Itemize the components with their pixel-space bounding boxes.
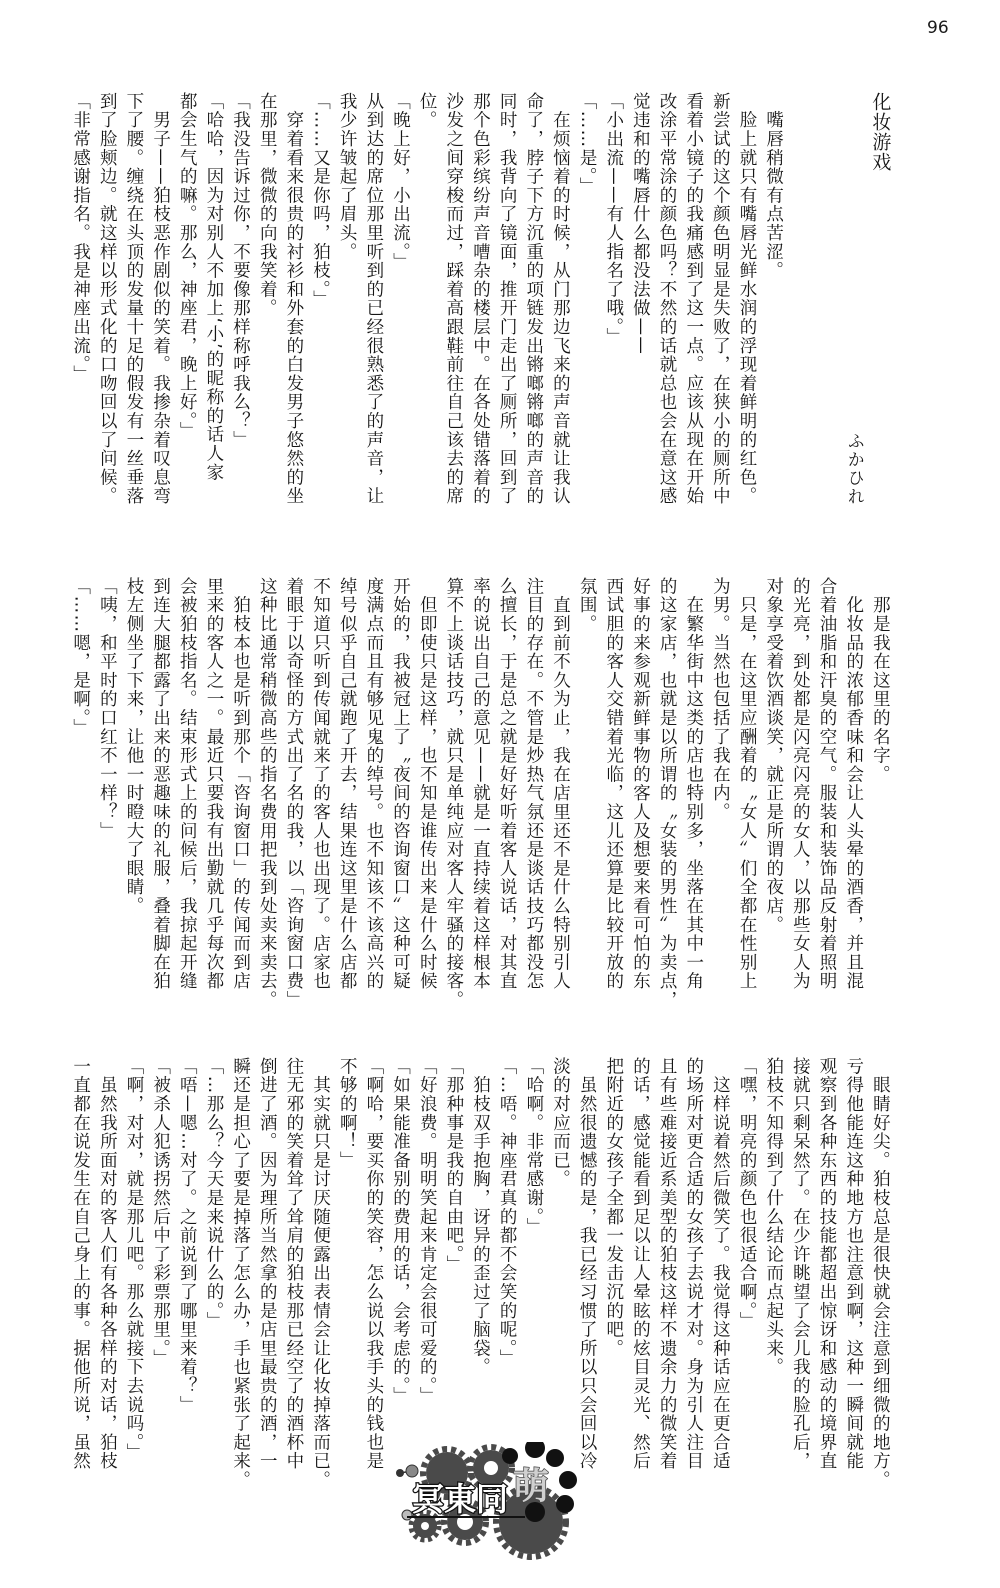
text-column: 着眼于以奇怪的方式出了名的我，以「咨询窗口费」 — [280, 577, 307, 991]
text-column: 里来的客人之一。最近只要我有出勤就几乎每次都 — [200, 577, 227, 991]
text-column: 在那里，微微的向我笑着。 — [254, 92, 281, 506]
text-column: 的这家店，也就是以所谓的〝女装的男性〟为卖点， — [653, 577, 680, 991]
text-column: 到连大腿都露了出来的恶趣味的礼服，叠着脚在狛 — [147, 577, 174, 991]
text-column: 改涂平常涂的颜色吗？不然的话就总也会在意这感 — [653, 92, 680, 506]
text-column: 倒进了酒。因为理所当然拿的是店里最贵的酒，一 — [254, 1057, 281, 1471]
logo-text: 冥東同 — [412, 1480, 508, 1518]
text-column: 看着小镜子的我痛感到了这一点。应该从现在开始 — [680, 92, 707, 506]
text-column: 对象享受着饮酒谈笑，就正是所谓的夜店。 — [760, 577, 787, 991]
text-column: 瞬还是担心了要是掉落了怎么办，手也紧张了起来。 — [227, 1057, 254, 1471]
text-column: 「那种事是我的自由吧。」 — [440, 1057, 467, 1471]
text-column: 狛枝本也是听到那个「咨询窗口」的传闻而到店 — [227, 577, 254, 991]
text-column: 男子——狛枝恶作剧似的笑着。我掺杂着叹息弯 — [147, 92, 174, 506]
text-column: 其实就只是讨厌随便露出表情会让化妆掉落而已。 — [307, 1057, 334, 1471]
text-column: 枝左侧坐了下来，让他一时瞪大了眼睛。 — [120, 577, 147, 991]
text-column: 虽然很遗憾的是，我已经习惯了所以只会回以冷 — [573, 1057, 600, 1471]
text-column: 嘴唇稍微有点苦涩。 — [760, 92, 787, 506]
text-column: 「小出流——有人指名了哦。」 — [600, 92, 627, 506]
text-column: 氛围。 — [573, 577, 600, 991]
watermark-logo: 冥東同 萌 — [385, 1442, 585, 1562]
text-column: 绰号似乎自己就跑了开去，结果连这里是什么店都 — [334, 577, 361, 991]
text-column: 好事的来参观新鲜事物的客人及想要来看可怕的东 — [627, 577, 654, 991]
text-column: 狛枝不知得到了什么结论而点起头来。 — [760, 1057, 787, 1471]
text-column: 「唔—嗯…对了。之前说到了哪里来着？」 — [174, 1057, 201, 1471]
text-column: 在繁华街中这类的店也特别多，坐落在其中一角 — [680, 577, 707, 991]
text-column: 为男。当然也包括了我在内。 — [707, 577, 734, 991]
page-number: 96 — [927, 18, 949, 38]
text-column: 不知道只听到传闻就来了的客人也出现了。店家也 — [307, 577, 334, 991]
text-column: 一直都在说发生在自己身上的事。据他所说，虽然 — [67, 1057, 94, 1471]
text-column: 沙发之间穿梭而过，踩着高跟鞋前往自己该去的席 — [440, 92, 467, 506]
text-column: 的光亮，到处都是闪亮闪亮的女人，以那些女人为 — [787, 577, 814, 991]
text-column: 么擅长，于是总之就是好好听着客人说话，对其直 — [494, 577, 521, 991]
text-column: 「啊，对对，就是那儿吧。那么就接下去说吗。」 — [120, 1057, 147, 1471]
story-title: 化妆游戏 — [867, 92, 894, 506]
text-column: 但即使只是这样，也不知是谁传出来是什么时候 — [414, 577, 441, 991]
text-column: 新尝试的这个颜色明显是失败了，在狭小的厕所中 — [707, 92, 734, 506]
text-column: 率的说出自己的意见——就是一直持续着这样根本 — [467, 577, 494, 991]
text-column: 注目的存在。不管是炒热气氛还是谈话技巧都没怎 — [520, 577, 547, 991]
text-column: 这种比通常稍微高些的指名费用把我到处卖来卖去。 — [254, 577, 281, 991]
text-column: 观察到各种东西的技能都超出惊讶和感动的境界直 — [813, 1057, 840, 1471]
text-column: 「…唔。神座君真的都不会笑的呢。」 — [494, 1057, 521, 1471]
text-column: 算不上谈话技巧，就只是单纯应对客人牢骚的接客。 — [440, 577, 467, 991]
text-column: 的话，感觉能看到足以让人晕眩的炫目灵光、然后 — [627, 1057, 654, 1471]
text-column: 觉违和的嘴唇什么都没法做—— — [627, 92, 654, 506]
text-column: 亏得他能连这种地方也注意到啊，这种一瞬间就能 — [840, 1057, 867, 1471]
text-column: 「我没告诉过你，不要像那样称呼我么？」 — [227, 92, 254, 506]
text-column: 只是，在这里应酬着的〝女人〟们全都在性别上 — [733, 577, 760, 991]
text-column: 脸上就只有嘴唇光鲜水润的浮现着鲜明的红色。 — [733, 92, 760, 506]
text-column: 化妆品的浓郁香味和会让人头晕的酒香，并且混 — [840, 577, 867, 991]
text-column: 「非常感谢指名。我是神座出流。」 — [67, 92, 94, 506]
text-column: 位。 — [413, 92, 440, 506]
text-column: 「嘿，明亮的颜色也很适合啊。」 — [733, 1057, 760, 1471]
text-column: 度满点而且有够见鬼的绰号。也不知该不该高兴的 — [360, 577, 387, 991]
text-column: 「哈啊。非常感谢。」 — [520, 1057, 547, 1471]
text-column: 「……是。」 — [573, 92, 600, 506]
text-column: 都会生气的嘛。那么，神座君，晚上好。」 — [174, 92, 201, 506]
text-column: 开始的，我被冠上了〝夜间的咨询窗口〟这种可疑 — [387, 577, 414, 991]
text-column: 「…那么？今天是来说什么的。」 — [200, 1057, 227, 1471]
text-column: 往无邪的笑着耸了耸肩的狛枝那已经空了的酒杯中 — [280, 1057, 307, 1471]
text-column: 会被狛枝指名。结束形式上的问候后，我掠起开缝 — [174, 577, 201, 991]
text-column: 这样说着然后微笑了。我觉得这种话应在更合适 — [707, 1057, 734, 1471]
text-band-bottom: 眼睛好尖。狛枝总是很快就会注意到细微的地方。 亏得他能连这种地方也注意到啊，这种… — [67, 1057, 893, 1471]
text-column: 那是我在这里的名字。 — [867, 577, 894, 991]
text-band-middle: 那是我在这里的名字。 化妆品的浓郁香味和会让人头晕的酒香，并且混 合着油脂和汗臭… — [67, 577, 893, 991]
text-column: 不够的啊！」 — [334, 1057, 361, 1471]
text-column: 「咦，和平时的口红不一样？」 — [94, 577, 121, 991]
text-column: 眼睛好尖。狛枝总是很快就会注意到细微的地方。 — [867, 1057, 894, 1471]
text-column: 狛枝双手抱胸，讶异的歪过了脑袋。 — [467, 1057, 494, 1471]
text-column: 从到达的席位那里听到的已经很熟悉了的声音，让 — [360, 92, 387, 506]
story-author: ふかひれ — [840, 92, 867, 506]
text-column: 西试胆的客人交错着光临，这儿还算是比较开放的 — [600, 577, 627, 991]
text-column: 合着油脂和汗臭的空气。服装和装饰品反射着照明 — [813, 577, 840, 991]
text-column: 淡的对应而已。 — [547, 1057, 574, 1471]
text-column: 穿着看来很贵的衬衫和外套的白发男子悠然的坐 — [280, 92, 307, 506]
text-column: 「好浪费。明明笑起来肯定会很可爱的。」 — [414, 1057, 441, 1471]
story-header: 化妆游戏 ふかひれ — [840, 92, 893, 506]
text-column: 命了，脖子下方沉重的项链发出锵啷锵啷的声音的 — [520, 92, 547, 506]
text-column: 「晚上好，小出流。」 — [387, 92, 414, 506]
logo-accent-text: 萌 — [513, 1466, 549, 1507]
text-band-top: 嘴唇稍微有点苦涩。 脸上就只有嘴唇光鲜水润的浮现着鲜明的红色。 新尝试的这个颜色… — [67, 92, 787, 506]
book-page: 96 化妆游戏 ふかひれ 嘴唇稍微有点苦涩。 脸上就只有嘴唇光鲜水润的浮现着鲜明… — [0, 0, 1000, 1588]
text-column: 我少许皱起了眉头。 — [334, 92, 361, 506]
text-column: 下了腰。缠绕在头顶的发量十足的假发有一丝垂落 — [120, 92, 147, 506]
text-column: 「啊哈，要买你的笑容，怎么说以我手头的钱也是 — [360, 1057, 387, 1471]
text-column: 「被杀人犯诱拐然后中了彩票那里。」 — [147, 1057, 174, 1471]
text-column: 同时，我背向了镜面，推开门走出了厕所，回到了 — [493, 92, 520, 506]
text-column: 「哈哈，因为对别人不加上‘小’的昵称的话人家 — [200, 92, 227, 506]
text-column: 虽然我所面对的客人们有各种各样的对话，狛枝 — [94, 1057, 121, 1471]
text-column: 「……又是你吗，狛枝。」 — [307, 92, 334, 506]
text-column: 把附近的女孩子全都一发击沉的吧。 — [600, 1057, 627, 1471]
text-column: 且有些难接近系美型的狛枝这样不遗余力的微笑着 — [653, 1057, 680, 1471]
text-column: 的场所对更合适的女孩子去说才对。身为引人注目 — [680, 1057, 707, 1471]
text-column: 那个色彩缤纷声音嘈杂的楼层中。在各处错落着的 — [467, 92, 494, 506]
text-column: 在烦恼着的时候，从门那边飞来的声音就让我认 — [547, 92, 574, 506]
text-column: 「如果能准备别的费用的话，会考虑的。」 — [387, 1057, 414, 1471]
text-column: 「……嗯，是啊。」 — [67, 577, 94, 991]
text-column: 接就只剩呆然了。在少许眺望了会儿我的脸孔后， — [787, 1057, 814, 1471]
text-column: 到了脸颊边。就这样以形式化的口吻回以了问候。 — [94, 92, 121, 506]
text-column: 直到前不久为止，我在店里还不是什么特别引人 — [547, 577, 574, 991]
